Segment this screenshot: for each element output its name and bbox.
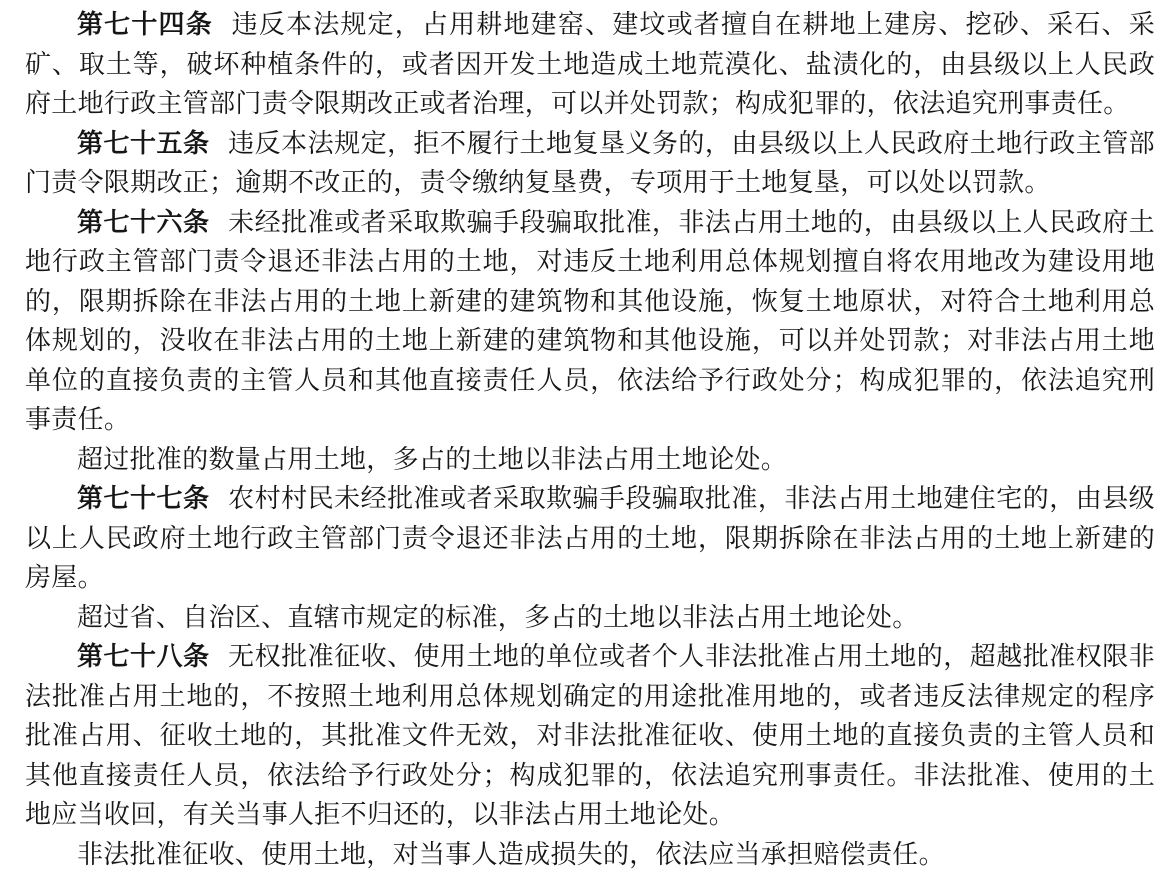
article-77-clause-2-text: 超过省、自治区、直辖市规定的标准，多占的土地以非法占用土地论处。 [77,603,919,632]
article-78-number: 第七十八条 [77,641,209,671]
paragraph-article-76: 第七十六条未经批准或者采取欺骗手段骗取批准，非法占用土地的，由县级以上人民政府土… [25,203,1155,440]
paragraph-article-77: 第七十七条农村村民未经批准或者采取欺骗手段骗取批准，非法占用土地建住宅的，由县级… [25,479,1155,598]
article-76-clause-2-text: 超过批准的数量占用土地，多占的土地以非法占用土地论处。 [77,445,787,474]
paragraph-article-74: 第七十四条违反本法规定，占用耕地建窑、建坟或者擅自在耕地上建房、挖砂、采石、采矿… [25,5,1155,124]
article-76-number: 第七十六条 [77,207,209,237]
article-78-clause-2-text: 非法批准征收、使用土地，对当事人造成损失的，依法应当承担赔偿责任。 [77,840,945,869]
document-page: 第七十四条违反本法规定，占用耕地建窑、建坟或者擅自在耕地上建房、挖砂、采石、采矿… [0,0,1176,871]
paragraph-article-78: 第七十八条无权批准征收、使用土地的单位或者个人非法批准占用土地的，超越批准权限非… [25,637,1155,835]
paragraph-article-78-clause-2: 非法批准征收、使用土地，对当事人造成损失的，依法应当承担赔偿责任。 [25,835,1155,871]
article-77-number: 第七十七条 [77,483,209,513]
article-75-number: 第七十五条 [77,128,209,158]
paragraph-article-75: 第七十五条违反本法规定，拒不履行土地复垦义务的，由县级以上人民政府土地行政主管部… [25,124,1155,203]
article-76-text: 未经批准或者采取欺骗手段骗取批准，非法占用土地的，由县级以上人民政府土地行政主管… [25,208,1155,435]
paragraph-article-77-clause-2: 超过省、自治区、直辖市规定的标准，多占的土地以非法占用土地论处。 [25,598,1155,638]
article-74-number: 第七十四条 [77,9,213,39]
paragraph-article-76-clause-2: 超过批准的数量占用土地，多占的土地以非法占用土地论处。 [25,440,1155,480]
